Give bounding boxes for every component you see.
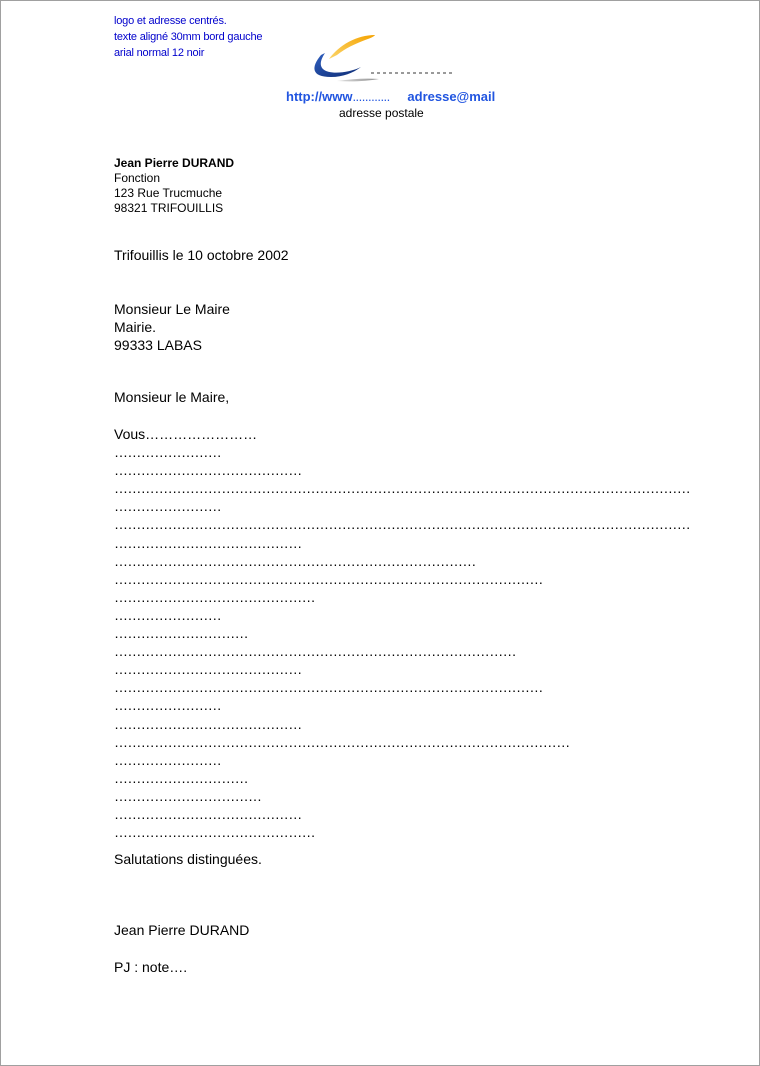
body-line: …………………… — [114, 497, 690, 515]
sender-street: 123 Rue Trucmuche — [114, 186, 234, 201]
postal-address: adresse postale — [339, 106, 424, 120]
sender-name: Jean Pierre DURAND — [114, 156, 234, 171]
instruction-line: arial normal 12 noir — [114, 45, 262, 61]
body-line: …………………………………………………………………………………… — [114, 570, 690, 588]
body-line: ……………………………………… — [114, 823, 690, 841]
website-link[interactable]: http://www............ — [286, 89, 390, 104]
swoosh-logo-icon — [307, 31, 457, 87]
recipient-organization: Mairie. — [114, 318, 230, 336]
body-line: ……………………………………………………………………………… — [114, 642, 690, 660]
date-line: Trifouillis le 10 octobre 2002 — [114, 247, 289, 263]
instruction-line: texte aligné 30mm bord gauche — [114, 29, 262, 45]
sender-function: Fonction — [114, 171, 234, 186]
body-line: …………………………………… — [114, 534, 690, 552]
body-line: ………………………… — [114, 624, 690, 642]
body-line: …………………………………… — [114, 660, 690, 678]
body-line: …………………… — [114, 696, 690, 714]
body-line: ……………………………………… — [114, 588, 690, 606]
template-instructions: logo et adresse centrés. texte aligné 30… — [114, 13, 262, 61]
closing: Salutations distinguées. — [114, 851, 262, 867]
recipient-block: Monsieur Le Maire Mairie. 99333 LABAS — [114, 300, 230, 354]
body-line: …………………… — [114, 606, 690, 624]
sender-block: Jean Pierre DURAND Fonction 123 Rue Truc… — [114, 156, 234, 216]
body-line: ………………………………………………………………………………………… — [114, 733, 690, 751]
body-line: …………………… — [114, 443, 690, 461]
attachment-note: PJ : note…. — [114, 959, 187, 975]
greeting: Monsieur le Maire, — [114, 389, 229, 405]
body-line: …………………………………… — [114, 461, 690, 479]
body-line: …………………………………………………………………………………………………………… — [114, 479, 690, 497]
body-line: …………………………… — [114, 787, 690, 805]
email-link[interactable]: adresse@mail — [407, 89, 495, 104]
recipient-title: Monsieur Le Maire — [114, 300, 230, 318]
body-line: …………………… — [114, 751, 690, 769]
website-dots: ............ — [352, 89, 389, 104]
letter-body: Vous………………………………………………………………………………………………… — [114, 425, 690, 841]
instruction-line: logo et adresse centrés. — [114, 13, 262, 29]
body-line: …………………………………… — [114, 715, 690, 733]
body-line: …………………………………… — [114, 805, 690, 823]
body-line: ……………………………………………………………………… — [114, 552, 690, 570]
body-line: …………………………………………………………………………………… — [114, 678, 690, 696]
letter-page: logo et adresse centrés. texte aligné 30… — [0, 0, 760, 1066]
letterhead-contact: http://www............ adresse@mail — [286, 89, 495, 104]
sender-city: 98321 TRIFOUILLIS — [114, 201, 234, 216]
body-line: …………………………………………………………………………………………………………… — [114, 515, 690, 533]
website-text: http://www — [286, 89, 352, 104]
body-line: ………………………… — [114, 769, 690, 787]
body-line: Vous…………………… — [114, 425, 690, 443]
signature: Jean Pierre DURAND — [114, 922, 249, 938]
recipient-city: 99333 LABAS — [114, 336, 230, 354]
